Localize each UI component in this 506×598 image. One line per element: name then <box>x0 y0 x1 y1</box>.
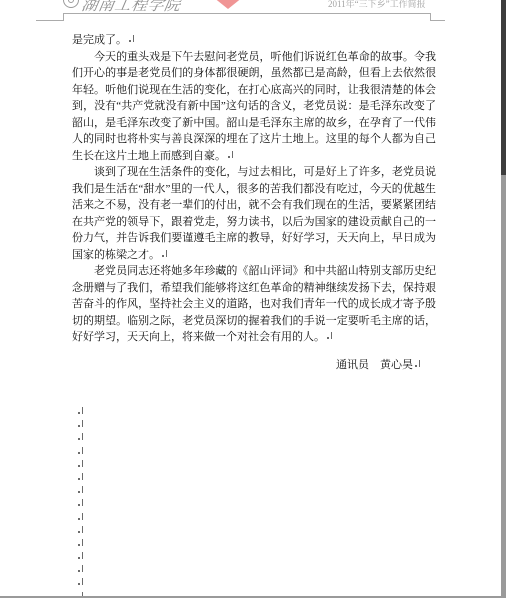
paragraph-mark-icon <box>78 419 85 428</box>
text-boundary-stub-left <box>36 20 64 21</box>
empty-paragraph <box>76 573 85 586</box>
empty-paragraph <box>76 402 85 415</box>
paragraph-mark-icon <box>78 432 85 441</box>
empty-paragraph <box>76 547 85 560</box>
paragraph-text: 老党员同志还将她多年珍藏的《韶山评词》和中共韶山特别支部历史纪念册赠与了我们，希… <box>72 265 436 343</box>
paragraph-mark-icon <box>78 459 85 468</box>
paragraph[interactable]: 是完成了。 <box>72 32 436 49</box>
paragraph-mark-icon <box>78 446 85 455</box>
paragraph-mark-icon <box>78 538 85 547</box>
paragraph-text: 是完成了。 <box>72 34 127 46</box>
empty-paragraph <box>76 455 85 468</box>
document-body[interactable]: 是完成了。今天的重头戏是下午去慰问老党员，听他们诉说红色革命的故事。令我们开心的… <box>72 32 436 373</box>
signature-line[interactable]: 通讯员 黄心昊 <box>72 357 436 374</box>
empty-paragraph <box>76 521 85 534</box>
paragraph-mark-icon <box>162 249 169 258</box>
paragraph-mark-icon <box>78 472 85 481</box>
empty-paragraph <box>76 560 85 573</box>
scrollbar-thumb[interactable] <box>501 0 506 175</box>
paragraph[interactable]: 老党员同志还将她多年珍藏的《韶山评词》和中共韶山特别支部历史纪念册赠与了我们，希… <box>72 263 436 346</box>
word-document-page: 湖南工程学院 2011年“三下乡”工作简报 是完成了。今天的重头戏是下午去慰问老… <box>0 0 506 598</box>
paragraph-mark-icon <box>78 551 85 560</box>
empty-paragraph <box>76 442 85 455</box>
paragraph-mark-icon <box>228 150 235 159</box>
paragraph-text: 谈到了现在生活条件的变化，与过去相比，可是好上了许多，老党员说我们是生活在“甜水… <box>72 166 436 261</box>
paragraph-mark-icon <box>78 525 85 534</box>
empty-paragraph <box>76 508 85 521</box>
signature-text: 通讯员 黄心昊 <box>336 359 413 371</box>
ribbon-heart-icon <box>207 0 249 10</box>
empty-paragraph-marks[interactable] <box>76 402 85 598</box>
paragraph[interactable]: 谈到了现在生活条件的变化，与过去相比，可是好上了许多，老党员说我们是生活在“甜水… <box>72 164 436 263</box>
empty-paragraph <box>76 494 85 507</box>
paragraph-mark-icon <box>78 485 85 494</box>
school-logo-icon <box>63 0 79 8</box>
paragraph-mark-icon <box>78 512 85 521</box>
empty-paragraph <box>76 415 85 428</box>
empty-paragraph <box>76 428 85 441</box>
header-rule-line <box>63 13 431 14</box>
paragraph-text: 今天的重头戏是下午去慰问老党员，听他们诉说红色革命的故事。令我们开心的事是老党员… <box>72 51 436 162</box>
paragraph-mark-icon <box>78 564 85 573</box>
paragraph-mark-icon <box>327 331 334 340</box>
empty-paragraph <box>76 468 85 481</box>
empty-paragraph <box>76 481 85 494</box>
paragraph-mark-icon <box>78 498 85 507</box>
paragraph-mark-icon <box>78 406 85 415</box>
header-right-title: 2011年“三下乡”工作简报 <box>328 0 468 10</box>
paragraph-mark-icon <box>78 577 85 586</box>
text-boundary-stub-right <box>430 20 445 21</box>
paragraph-mark-icon <box>415 359 422 368</box>
paragraph[interactable]: 今天的重头戏是下午去慰问老党员，听他们诉说红色革命的故事。令我们开心的事是老党员… <box>72 49 436 165</box>
empty-paragraph <box>76 534 85 547</box>
paragraph-mark-icon <box>129 34 136 43</box>
